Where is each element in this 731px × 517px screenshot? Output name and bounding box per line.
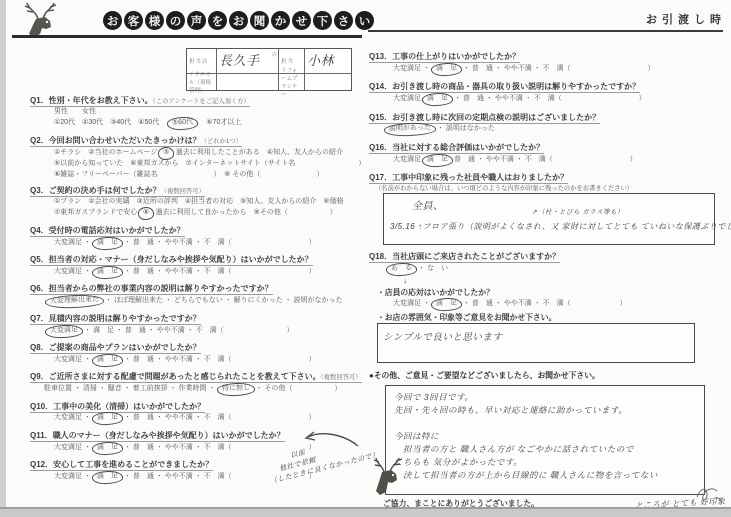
q18-title: 当社店頭にご来店されたことがございますか？	[392, 252, 560, 261]
handdrawn-arrow-icon	[300, 428, 362, 450]
title-char: い	[355, 11, 374, 30]
q14-title: お引き渡し時の商品・器具の取り扱い説明は解りやすかったですか？	[392, 82, 640, 91]
q4-title: 受付時の電話応対はいかがでしたか？	[49, 226, 185, 235]
title-char: 下	[313, 11, 332, 30]
q15-selected-answer: 説明があった	[384, 122, 436, 136]
question-q16: Q16．当社に対する総合評価はいかがでしたか？ 大変満足満 足普 通 ・ やや不…	[369, 143, 725, 166]
q6-answer-scale: 大変理解出来た・ ほぼ理解出来た ・ どちらでもない ・ 解りにくかった ・ 説…	[30, 295, 366, 308]
q2-options-line3: ⑧雑誌・フリーペーパー（雑誌名 ） ⑨ その他（ ）	[30, 170, 366, 181]
staff-info-table: 担当店 長久手 店 担当 小林 テクニカル（現場管理） リフォームプランナー	[186, 48, 352, 91]
deer-stamp-icon	[370, 456, 406, 500]
q2-note: （どれか1つ）	[201, 138, 242, 145]
branch-value-cell: 長久手 店	[217, 49, 279, 73]
q17-handwritten-answer: 全員、	[412, 197, 444, 212]
title-char: 様	[145, 11, 164, 30]
q9-selected-answer: 特に無し	[216, 383, 254, 397]
question-q2: Q2．今回お問い合わせいただいたきっかけは？（どれか1つ） ①チラシ ②当社のホ…	[30, 136, 366, 180]
q5-answer-scale: 大変満足 ・満 足・ 普 通 ・ やや不満 ・ 不 満（ ）	[30, 266, 366, 279]
q17-handwritten-detail: 3/5.16 ↑フロア張り（説明がよくなされ、又 家財に対してとても ていねいな…	[390, 221, 731, 232]
scanned-survey-page: お 客 様 の 声 を お 聞 か せ 下 さ い お引渡し時 担当店 長久手 …	[0, 0, 731, 517]
q2-options-line1: ①チラシ ②当社のホームページ③過去に利用したことがある ④知人、友人からの紹介	[30, 147, 366, 160]
q7-selected-answer: 大変満足	[45, 324, 83, 338]
q13-answer-scale: 大変満足 ・満 足・ 普 通 ・ やや不満 ・ 不 満（ ）	[369, 63, 725, 76]
q18-handwritten-answer: シンプルで良いと思います	[383, 332, 502, 343]
q16-title: 当社に対する総合評価はいかがでしたか？	[392, 143, 544, 152]
q17-title: 工事中印象に残った社員や職人はおりましたか？	[392, 173, 568, 182]
scan-edge-left	[0, 0, 6, 517]
q8-answer-scale: 大変満足 ・満 足・ 普 通 ・ やや不満 ・ 不 満（ ）	[30, 354, 366, 367]
title-char: 聞	[250, 11, 269, 30]
title-char: 声	[187, 11, 206, 30]
scan-edge-bottom	[0, 507, 731, 517]
title-char: 客	[124, 11, 143, 30]
q10-answer-scale: 大変満足 ・満 足・ 普 通 ・ やや不満 ・ 不 満（ ）	[30, 412, 366, 425]
q6-selected-answer: 大変理解出来た	[45, 294, 104, 309]
q13-title: 工事の仕上がりはいかがでしたか？	[392, 52, 520, 61]
comment-line: 決して担当者の方が上から目線的に 職人さんに物を言ってない	[394, 469, 696, 482]
handover-underline	[368, 30, 723, 32]
q5-title: 担当者の対応・マナー（身だしなみや挨拶や気配り）はいかがでしたか？	[49, 255, 313, 264]
q9-answer-scale: 駐車位置 ・ 清掃 ・ 騒音 ・ 着工前挨拶 ・ 作業時間 ・特に無し・ その他…	[30, 383, 366, 396]
q3-options-line2: ⑦東邦ガスブランドで安心⑧過去に利用して良かったから ⑨その他（ ）	[30, 207, 366, 220]
q1-note: （このアンケートをご記入頂く方）	[153, 98, 250, 105]
comment-line: 担当者の方と 職人さん方が なごやかに話されていたので	[394, 443, 696, 456]
questions-column-right: Q13．工事の仕上がりはいかがでしたか？ 大変満足 ・満 足・ 普 通 ・ やや…	[369, 52, 725, 517]
branch-suffix: 店	[272, 51, 277, 58]
q16-answer-scale: 大変満足満 足普 通 ・ やや不満 ・ 不 満（ ）	[369, 154, 725, 167]
title-char: お	[103, 11, 122, 30]
q4-selected-answer: 満 足	[92, 236, 123, 250]
q5-selected-answer: 満 足	[92, 265, 123, 279]
q1-age-options: ①20代 ②30代 ③40代 ④50代 ⑤60代 ⑥70才以上	[30, 117, 366, 130]
title-char: か	[271, 11, 290, 30]
question-q1: Q1．性別・年代をお教え下さい。（このアンケートをご記入頂く方） 男性 女性 ①…	[30, 96, 366, 130]
q1-gender-options: 男性 女性	[30, 107, 366, 118]
question-q3: Q3．ご契約の決め手は何でしたか？（複数回答可） ①プラン ②会社の実績 ③近所…	[30, 186, 366, 220]
q10-selected-answer: 満 足	[92, 412, 123, 426]
question-q15: Q15．お引き渡し時に次回の定期点検の説明はございましたか？ 説明があった・ 説…	[369, 113, 725, 136]
technical-label: テクニカル（現場管理）	[187, 74, 217, 90]
q18-down-arrow: ↓	[369, 277, 725, 285]
planner-value-cell	[305, 74, 349, 90]
q13-selected-answer: 満 足	[431, 62, 462, 76]
q11-selected-answer: 満 足	[92, 441, 123, 455]
q3-title: ご契約の決め手は何でしたか？	[49, 186, 161, 195]
q11-title: 職人のマナー（身だしなみや挨拶や気配り）はいかがでしたか？	[53, 431, 285, 440]
other-comments-box: 今回で 3回目です。 先回・先々回の時も、早い対応と連絡に助かっています。 今回…	[385, 385, 705, 495]
q2-options-line2: ⑤以前から知っていた ⑥東邦ガスから ⑦インターネットサイト（サイト名 ）	[30, 159, 366, 170]
q8-title: ご提案の商品やプランはいかがでしたか？	[49, 343, 201, 352]
title-char: の	[166, 11, 185, 30]
question-q18: Q18．当社店頭にご来店されたことがございますか？ あ る・ な い ↓ ・店員…	[369, 252, 725, 363]
branch-value: 長久手	[219, 53, 260, 68]
q18-sub2-title: ・お店の雰囲気・印象等ご意見をお聞かせ下さい。	[369, 312, 725, 323]
q2-selected-answer: ③	[158, 146, 175, 159]
q17-note: （名前がわからない場合は、いつ頃どのような内容が印象に残ったのかをお書きください…	[369, 184, 725, 193]
q18-options: あ る・ な い	[369, 263, 725, 276]
title-underline	[12, 35, 362, 38]
question-q5: Q5．担当者の対応・マナー（身だしなみや挨拶や気配り）はいかがでしたか？ 大変満…	[30, 255, 366, 278]
q7-title: 見積内容の説明は解りやすかったですか？	[49, 314, 201, 323]
q14-answer-scale: 大変満足満 足・ 普 通 ・ やや不満 ・ 不 満（ ）	[369, 93, 725, 106]
q18-selected-answer: あ る	[386, 263, 417, 277]
question-q7: Q7．見積内容の説明は解りやすかったですか？ 大変満足・ 満 足 ・ 普 通 ・…	[30, 314, 366, 337]
q4-answer-scale: 大変満足 ・満 足・ 普 通 ・ やや不満 ・ 不 満（ ）	[30, 237, 366, 250]
q12-title: 安心して工事を進めることができましたか？	[53, 460, 213, 469]
q1-title: 性別・年代をお教え下さい。	[49, 96, 153, 105]
q12-selected-answer: 満 足	[92, 471, 123, 485]
q3-selected-answer: ⑧	[138, 207, 155, 220]
comment-line: 先回・先々回の時も、早い対応と連絡に助かっています。	[394, 404, 696, 417]
q17-handwritten-insert: ↗（柱・とびら ガラス等も）	[532, 207, 624, 216]
q3-note: （複数回答可）	[161, 188, 205, 195]
title-char: せ	[292, 11, 311, 30]
question-q13: Q13．工事の仕上がりはいかがでしたか？ 大変満足 ・満 足・ 普 通 ・ やや…	[369, 52, 725, 75]
title-char: を	[208, 11, 227, 30]
q1-selected-answer: ⑤60代	[167, 117, 198, 131]
q10-title: 工事中の美化（清掃）はいかがでしたか？	[53, 402, 205, 411]
technical-value-cell	[217, 74, 279, 90]
question-q6: Q6．担当者からの弊社の事業内容の説明は解りやすかったですか？ 大変理解出来た・…	[30, 284, 366, 307]
q18-sub1-scale: 大変満足 ・満 足・ 普 通 ・ やや不満 ・ 不 満（ ）	[369, 298, 725, 311]
q7-answer-scale: 大変満足・ 満 足 ・ 普 通 ・ やや不満 ・ 不 満（ ）	[30, 325, 366, 338]
other-comments-title: ●その他、ご意見・ご要望などございましたら、お聞かせ下さい。	[369, 370, 725, 381]
q3-options-line1: ①プラン ②会社の実績 ③近所の評判 ④担当者の対応 ⑤知人、友人からの紹介 ⑥…	[30, 197, 366, 208]
title-char: さ	[334, 11, 353, 30]
q9-title: ご近所さまに対する配慮で問題があったと感じられたことを教えて下さい。	[49, 372, 321, 381]
q8-selected-answer: 満 足	[92, 353, 123, 367]
person-value: 小林	[307, 53, 334, 68]
comment-line: 今回は特に	[394, 430, 696, 443]
planner-label: リフォームプランナー	[279, 74, 305, 90]
question-q14: Q14．お引き渡し時の商品・器具の取り扱い説明は解りやすかったですか？ 大変満足…	[369, 82, 725, 105]
q14-selected-answer: 満 足	[422, 93, 453, 107]
q16-selected-answer: 満 足	[422, 153, 453, 167]
question-q9: Q9．ご近所さまに対する配慮で問題があったと感じられたことを教えて下さい。（複数…	[30, 372, 366, 395]
handover-section-label: お引渡し時	[646, 11, 726, 27]
q2-title: 今回お問い合わせいただいたきっかけは？	[49, 136, 201, 145]
title-char: お	[229, 11, 248, 30]
person-value-cell: 小林	[305, 49, 349, 73]
question-q10: Q10．工事中の美化（清掃）はいかがでしたか？ 大変満足 ・満 足・ 普 通 ・…	[30, 402, 366, 425]
question-q17: Q17．工事中印象に残った社員や職人はおりましたか？ （名前がわからない場合は、…	[369, 173, 725, 245]
comment-line: こちらも 気分がよかったです。	[394, 456, 696, 469]
q6-title: 担当者からの弊社の事業内容の説明は解りやすかったですか？	[49, 284, 273, 293]
q18-answer-box: シンプルで良いと思います	[377, 323, 695, 363]
q17-answer-box: 全員、 ↗（柱・とびら ガラス等も） 3/5.16 ↑フロア張り（説明がよくなさ…	[383, 193, 715, 245]
q9-note: （複数回答可）	[321, 374, 362, 381]
q15-title: お引き渡し時に次回の定期点検の説明はございましたか？	[392, 113, 600, 122]
question-q8: Q8．ご提案の商品やプランはいかがでしたか？ 大変満足 ・満 足・ 普 通 ・ …	[30, 343, 366, 366]
signature-mark	[695, 483, 723, 505]
q18-sub1-title: ・店員の応対はいかがでしたか？	[369, 287, 725, 298]
page-title: お 客 様 の 声 を お 聞 か せ 下 さ い	[103, 11, 374, 30]
q15-answer-scale: 説明があった・ 説明はなかった	[369, 123, 725, 136]
q18-sub1-selected-answer: 満 足	[431, 297, 462, 311]
comment-line: 今回で 3回目です。	[394, 391, 696, 404]
question-q4: Q4．受付時の電話応対はいかがでしたか？ 大変満足 ・満 足・ 普 通 ・ やや…	[30, 226, 366, 249]
